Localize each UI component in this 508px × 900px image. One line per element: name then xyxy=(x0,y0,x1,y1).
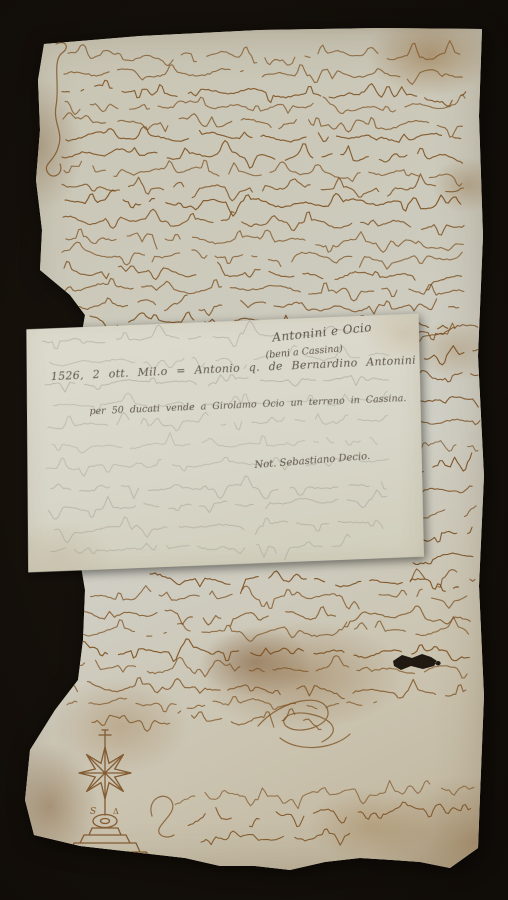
script-line-body-upper xyxy=(63,113,463,138)
archival-photo-background: S Δ Antonini e Ocio (beni a Cassina) 152… xyxy=(0,0,508,900)
notary-cross-icon xyxy=(99,730,111,747)
script-line-body-upper xyxy=(65,189,461,219)
script-line-body-upper xyxy=(64,63,463,85)
script-line-body-upper xyxy=(62,139,463,171)
script-line-body-upper xyxy=(62,170,464,203)
script-line-slip-ghost xyxy=(48,489,387,519)
script-line-margin-ends xyxy=(409,564,475,590)
notary-oval-inner xyxy=(101,819,110,824)
script-line-body-upper xyxy=(68,41,460,66)
script-line-margin-ends xyxy=(416,438,478,456)
script-line-body-lower xyxy=(150,569,459,596)
script-line-slip-ghost xyxy=(52,431,388,454)
script-line-body-lower xyxy=(70,675,466,700)
script-line-body-upper xyxy=(63,208,464,235)
script-line-subscription xyxy=(201,826,351,852)
script-line-body-upper xyxy=(64,159,462,186)
script-line-body-upper xyxy=(62,80,466,107)
archival-slip: Antonini e Ocio (beni a Cassina) 1526, 2… xyxy=(24,314,424,573)
archival-slip-wrap: Antonini e Ocio (beni a Cassina) 1526, 2… xyxy=(24,314,424,573)
script-line-body-upper xyxy=(66,126,461,143)
script-line-body-lower xyxy=(64,584,467,611)
script-line-margin-ends xyxy=(416,527,473,544)
script-line-body-upper xyxy=(62,242,462,270)
script-line-subscription xyxy=(175,777,475,813)
script-line-slip-ghost xyxy=(54,511,383,543)
notary-pedestal xyxy=(62,828,150,856)
script-line-body-lower xyxy=(62,617,468,642)
script-line-margin-ends xyxy=(414,366,478,385)
notary-sign-letter-right: Δ xyxy=(113,807,119,816)
script-line-body-lower xyxy=(67,696,376,713)
script-line-margin-ends xyxy=(420,485,473,496)
slip-ghost-text-ink xyxy=(24,314,424,573)
script-line-slip-ghost xyxy=(51,534,351,565)
notary-oval xyxy=(93,815,117,828)
notary-star-spokes xyxy=(79,747,131,799)
notary-sign-letter-left: S xyxy=(90,807,96,817)
script-line-slip-ghost xyxy=(51,474,387,502)
script-line-margin-ends xyxy=(420,394,478,412)
notary-sign-drawing: S Δ xyxy=(48,722,198,870)
script-line-body-upper xyxy=(64,260,462,290)
script-line-body-upper xyxy=(66,227,464,254)
script-line-margin-ends xyxy=(423,344,478,366)
script-line-body-upper xyxy=(63,278,464,302)
margin-flourish xyxy=(46,43,66,176)
script-line-subscription xyxy=(187,794,471,832)
script-line-body-upper xyxy=(65,91,465,118)
